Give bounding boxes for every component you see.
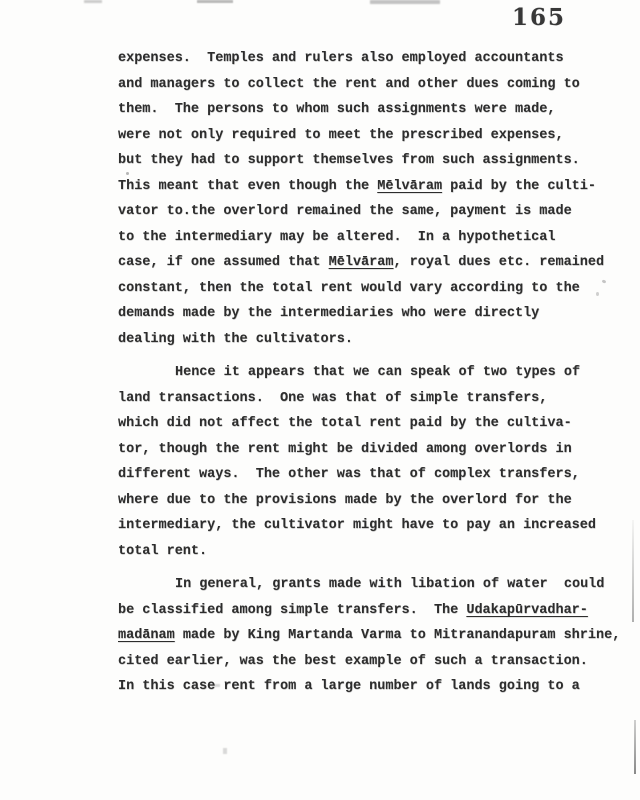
text-segment: paid by the culti-	[442, 179, 596, 194]
text-segment: total rent.	[118, 544, 207, 559]
text-line: case, if one assumed that Mēlvāram, roya…	[118, 250, 630, 276]
text-line: were not only required to meet the presc…	[118, 123, 630, 149]
text-line: tor, though the rent might be divided am…	[118, 437, 630, 463]
scan-smudge	[197, 0, 233, 3]
text-segment: In this case rent from a large number of…	[118, 679, 580, 694]
text-segment: be classified among simple transfers. Th…	[118, 603, 466, 618]
underlined-term: madānam	[118, 628, 175, 643]
text-line: different ways. The other was that of co…	[118, 462, 630, 488]
text-segment: cited earlier, was the best example of s…	[118, 654, 588, 669]
text-line: total rent.	[118, 539, 630, 565]
text-segment: demands made by the intermediaries who w…	[118, 306, 539, 321]
text-segment: vator to.the overlord remained the same,…	[118, 204, 572, 219]
text-segment: which did not affect the total rent paid…	[118, 416, 572, 431]
text-line: madānam made by King Martanda Varma to M…	[118, 623, 630, 649]
underlined-term: Mēlvāram	[377, 179, 442, 194]
text-line: dealing with the cultivators.	[118, 327, 630, 353]
scan-edge-line	[634, 720, 636, 774]
text-segment: where due to the provisions made by the …	[118, 493, 572, 508]
text-segment: tor, though the rent might be divided am…	[118, 442, 572, 457]
text-segment: different ways. The other was that of co…	[118, 467, 580, 482]
page-number: 165	[512, 4, 566, 31]
text-segment: , royal dues etc. remained	[393, 255, 604, 270]
text-line: them. The persons to whom such assignmen…	[118, 97, 630, 123]
text-line: demands made by the intermediaries who w…	[118, 301, 630, 327]
scan-smudge	[370, 0, 440, 4]
text-line: Hence it appears that we can speak of tw…	[118, 360, 630, 386]
text-segment: land transactions. One was that of simpl…	[118, 391, 547, 406]
text-segment: case, if one assumed that	[118, 255, 329, 270]
text-segment: but they had to support themselves from …	[118, 153, 580, 168]
text-line: and managers to collect the rent and oth…	[118, 72, 630, 98]
page-body: expenses. Temples and rulers also employ…	[118, 46, 630, 700]
text-line: This meant that even though the Mēlvāram…	[118, 174, 630, 200]
text-segment: them. The persons to whom such assignmen…	[118, 102, 555, 117]
text-segment: In general, grants made with libation of…	[175, 577, 604, 592]
paragraph: In general, grants made with libation of…	[118, 572, 630, 700]
scanned-page: 165 expenses. Temples and rulers also em…	[0, 0, 640, 800]
text-line: where due to the provisions made by the …	[118, 488, 630, 514]
underlined-term: Udakapūrvadhar-	[466, 603, 588, 618]
paragraph: Hence it appears that we can speak of tw…	[118, 360, 630, 564]
text-segment: were not only required to meet the presc…	[118, 128, 564, 143]
text-segment: This meant that even though the	[118, 179, 377, 194]
text-segment: expenses. Temples and rulers also employ…	[118, 51, 564, 66]
text-line: expenses. Temples and rulers also employ…	[118, 46, 630, 72]
text-segment: constant, then the total rent would vary…	[118, 281, 580, 296]
text-line: vator to.the overlord remained the same,…	[118, 199, 630, 225]
text-segment: made by King Martanda Varma to Mitranand…	[175, 628, 621, 643]
paragraph: expenses. Temples and rulers also employ…	[118, 46, 630, 352]
text-segment: intermediary, the cultivator might have …	[118, 518, 596, 533]
scan-speck	[223, 748, 227, 754]
text-line: to the intermediary may be altered. In a…	[118, 225, 630, 251]
text-line: land transactions. One was that of simpl…	[118, 386, 630, 412]
scan-edge-line	[632, 520, 634, 622]
text-line: which did not affect the total rent paid…	[118, 411, 630, 437]
underlined-term: Mēlvāram	[329, 255, 394, 270]
text-segment: to the intermediary may be altered. In a…	[118, 230, 555, 245]
text-segment: dealing with the cultivators.	[118, 332, 353, 347]
text-line: be classified among simple transfers. Th…	[118, 598, 630, 624]
scan-smudge	[84, 0, 102, 3]
text-segment: and managers to collect the rent and oth…	[118, 77, 580, 92]
text-line: cited earlier, was the best example of s…	[118, 649, 630, 675]
text-line: intermediary, the cultivator might have …	[118, 513, 630, 539]
text-line: constant, then the total rent would vary…	[118, 276, 630, 302]
text-line: In this case rent from a large number of…	[118, 674, 630, 700]
text-segment: Hence it appears that we can speak of tw…	[175, 365, 580, 380]
text-line: In general, grants made with libation of…	[118, 572, 630, 598]
text-line: but they had to support themselves from …	[118, 148, 630, 174]
